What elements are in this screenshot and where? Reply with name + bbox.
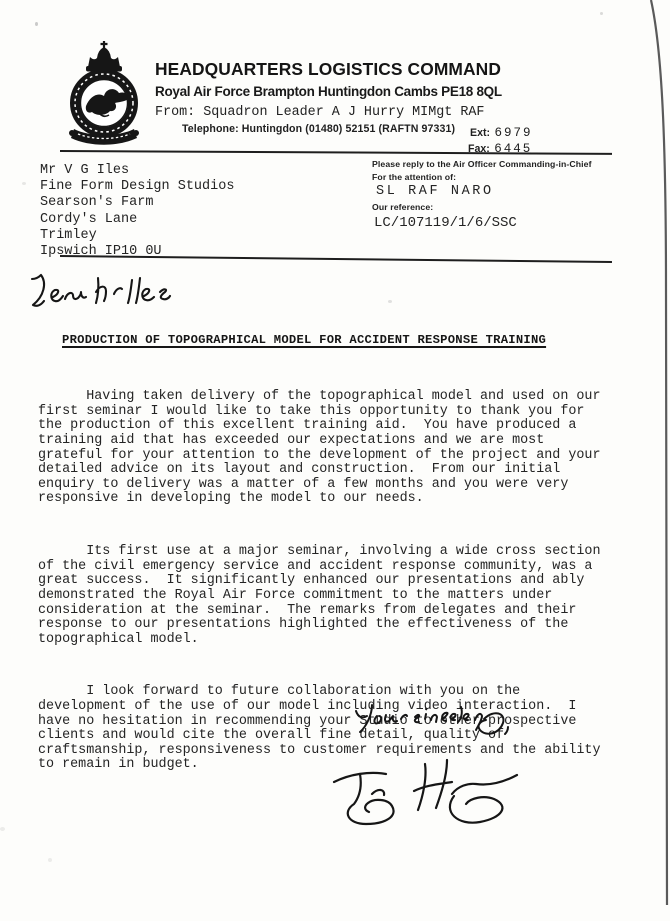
scan-speck [0,827,5,831]
handwritten-closing: Yours sincerely, [348,697,513,749]
scanned-letter-page: HEADQUARTERS LOGISTICS COMMAND Royal Air… [0,0,670,921]
org-title: HEADQUARTERS LOGISTICS COMMAND [155,59,635,80]
from-line: From: Squadron Leader A J Hurry MIMgt RA… [155,105,635,120]
recipient-line: Fine Form Design Studios [40,179,234,195]
reply-note: Please reply to the Air Officer Commandi… [372,158,624,171]
subject-line: PRODUCTION OF TOPOGRAPHICAL MODEL FOR AC… [62,333,546,347]
org-address: Royal Air Force Brampton Huntingdon Camb… [155,84,635,99]
ext-label: Ext: [470,127,490,139]
scan-speck [48,858,52,862]
scan-speck [388,300,392,303]
paragraph: Its first use at a major seminar, involv… [38,545,601,647]
letterhead: HEADQUARTERS LOGISTICS COMMAND Royal Air… [155,59,635,154]
recipient-line: Trimley [40,228,234,244]
scan-speck [600,12,603,15]
recipient-line: Mr V G Iles [40,163,234,179]
telephone-row: Telephone: Huntingdon (01480) 52151 (RAF… [155,123,635,138]
reference-value: LC/107119/1/6/SSC [374,215,624,231]
handwritten-signature: Tony Hurry [328,746,523,831]
recipient-line: Searson's Farm [40,195,234,211]
paragraph: Having taken delivery of the topographic… [38,390,601,507]
ext-value: 6979 [494,126,532,140]
scan-speck [35,22,38,26]
reference-label: Our reference: [372,201,624,214]
recipient-line: Cordy's Lane [40,212,234,228]
handwritten-greeting: Dear Mr Iles [28,270,198,318]
recipient-address: Mr V G Iles Fine Form Design Studios Sea… [40,163,234,260]
reply-reference-block: Please reply to the Air Officer Commandi… [372,158,624,231]
attention-label: For the attention of: [372,171,624,184]
telephone-line: Telephone: Huntingdon (01480) 52151 (RAF… [182,123,455,135]
attention-value: SL RAF NARO [376,184,624,199]
letter-body: Having taken delivery of the topographic… [38,361,601,802]
raf-crest-icon [58,40,150,150]
scan-speck [22,182,26,185]
